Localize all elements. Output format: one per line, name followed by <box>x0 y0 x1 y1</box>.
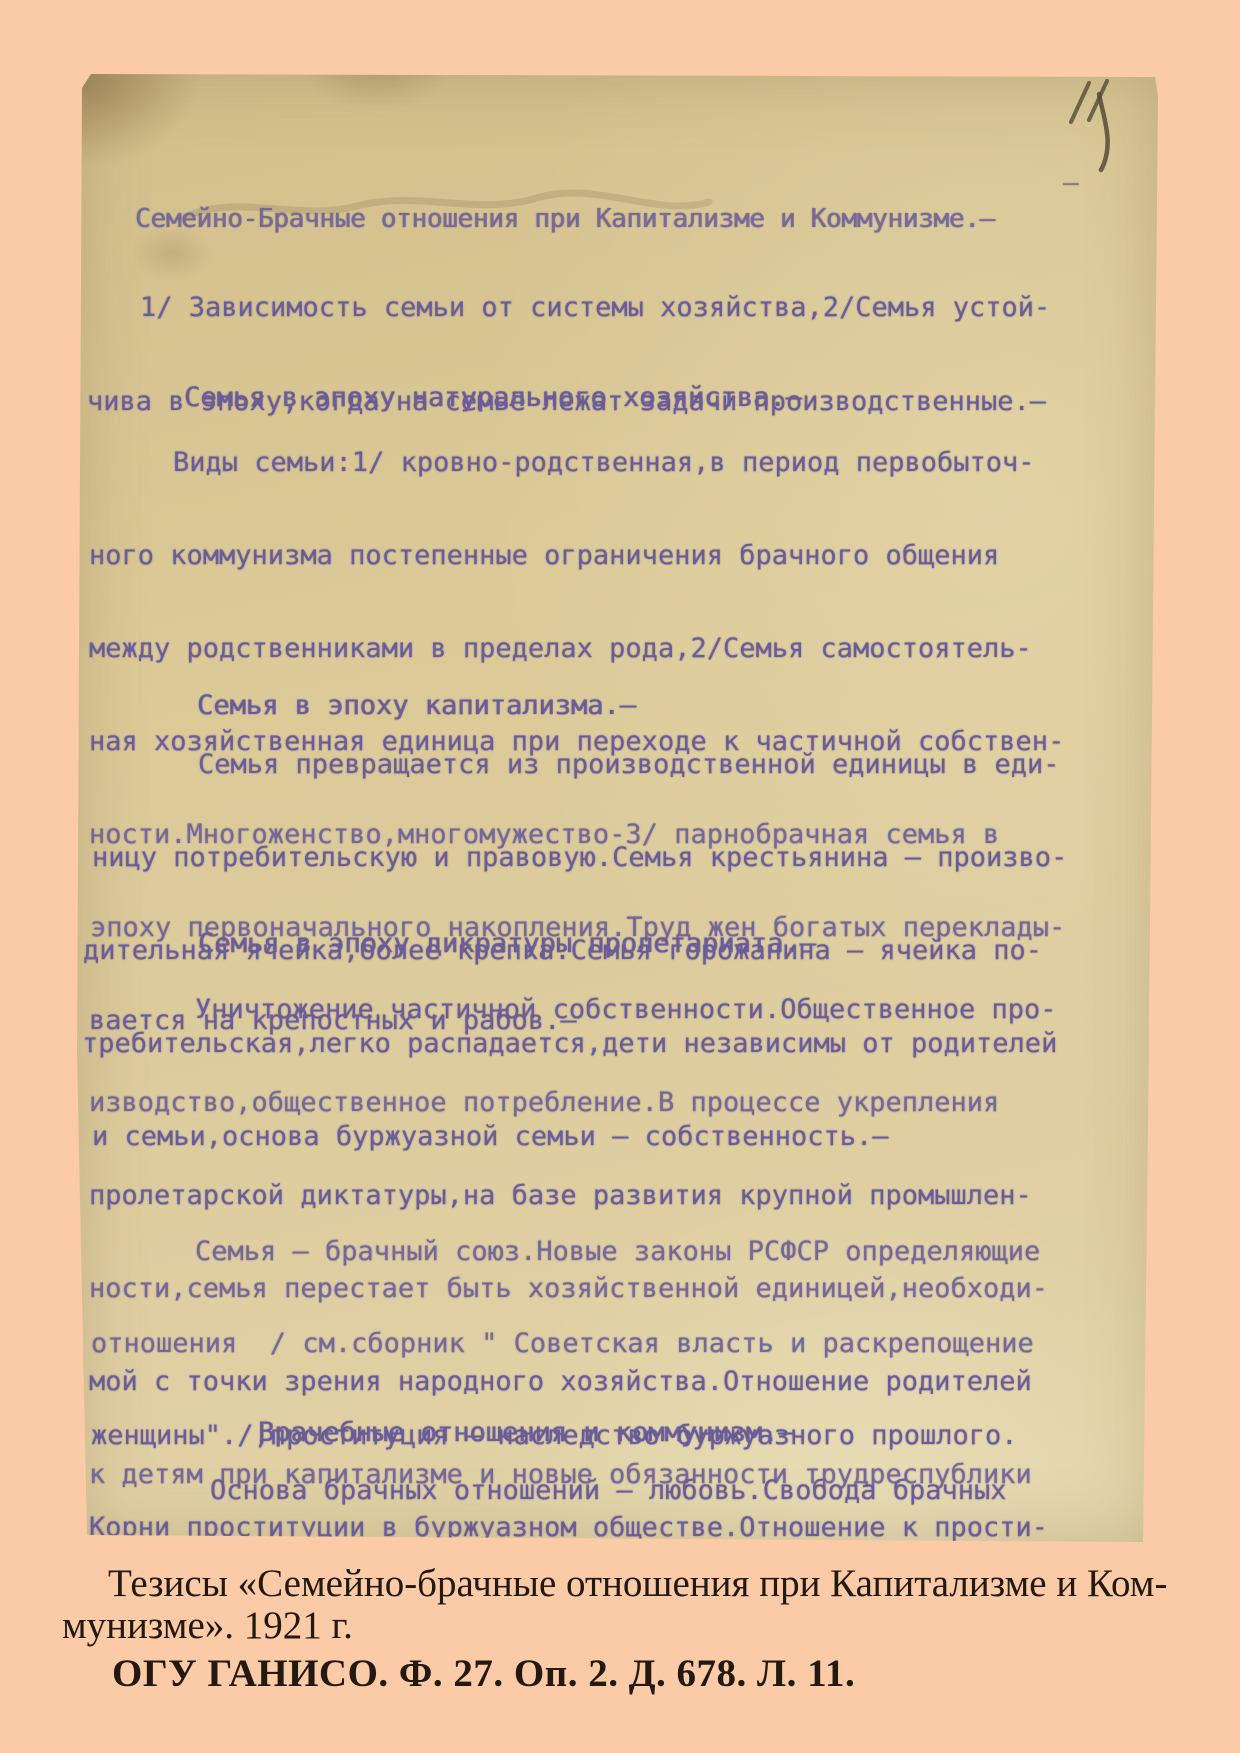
caption-line-2: мунизме». 1921 г. <box>62 1605 353 1647</box>
typed-line: изводство,общественное потребление.В про… <box>77 1087 1057 1118</box>
typed-line: Семья — брачный союз.Новые законы РСФСР … <box>77 1237 1048 1267</box>
typed-line: Семья превращается из производственной е… <box>77 749 1067 780</box>
typed-line: ного коммунизма постепенные ограничения … <box>77 540 1065 571</box>
archive-reference: ОГУ ГАНИСО. Ф. 27. Оп. 2. Д. 678. Л. 11. <box>112 1653 855 1695</box>
title-trailing-dash: — <box>1063 168 1079 199</box>
typed-line: Уничтожение частичной собственности.Обще… <box>77 994 1057 1025</box>
typed-line: Виды семьи:1/ кровно-родственная,в перио… <box>77 447 1065 478</box>
document-scan: Семейно-Брачные отношения при Капитализм… <box>77 74 1158 1542</box>
typed-line: Основа брачных отношений — любовь.Свобод… <box>77 1475 1060 1507</box>
pencil-mark-icon <box>1057 76 1135 174</box>
book-page: { "page": { "background_color": "#fbcaa6… <box>0 0 1240 1753</box>
caption-line-1: Тезисы «Семейно-брачные отношения при Ка… <box>108 1563 1167 1605</box>
